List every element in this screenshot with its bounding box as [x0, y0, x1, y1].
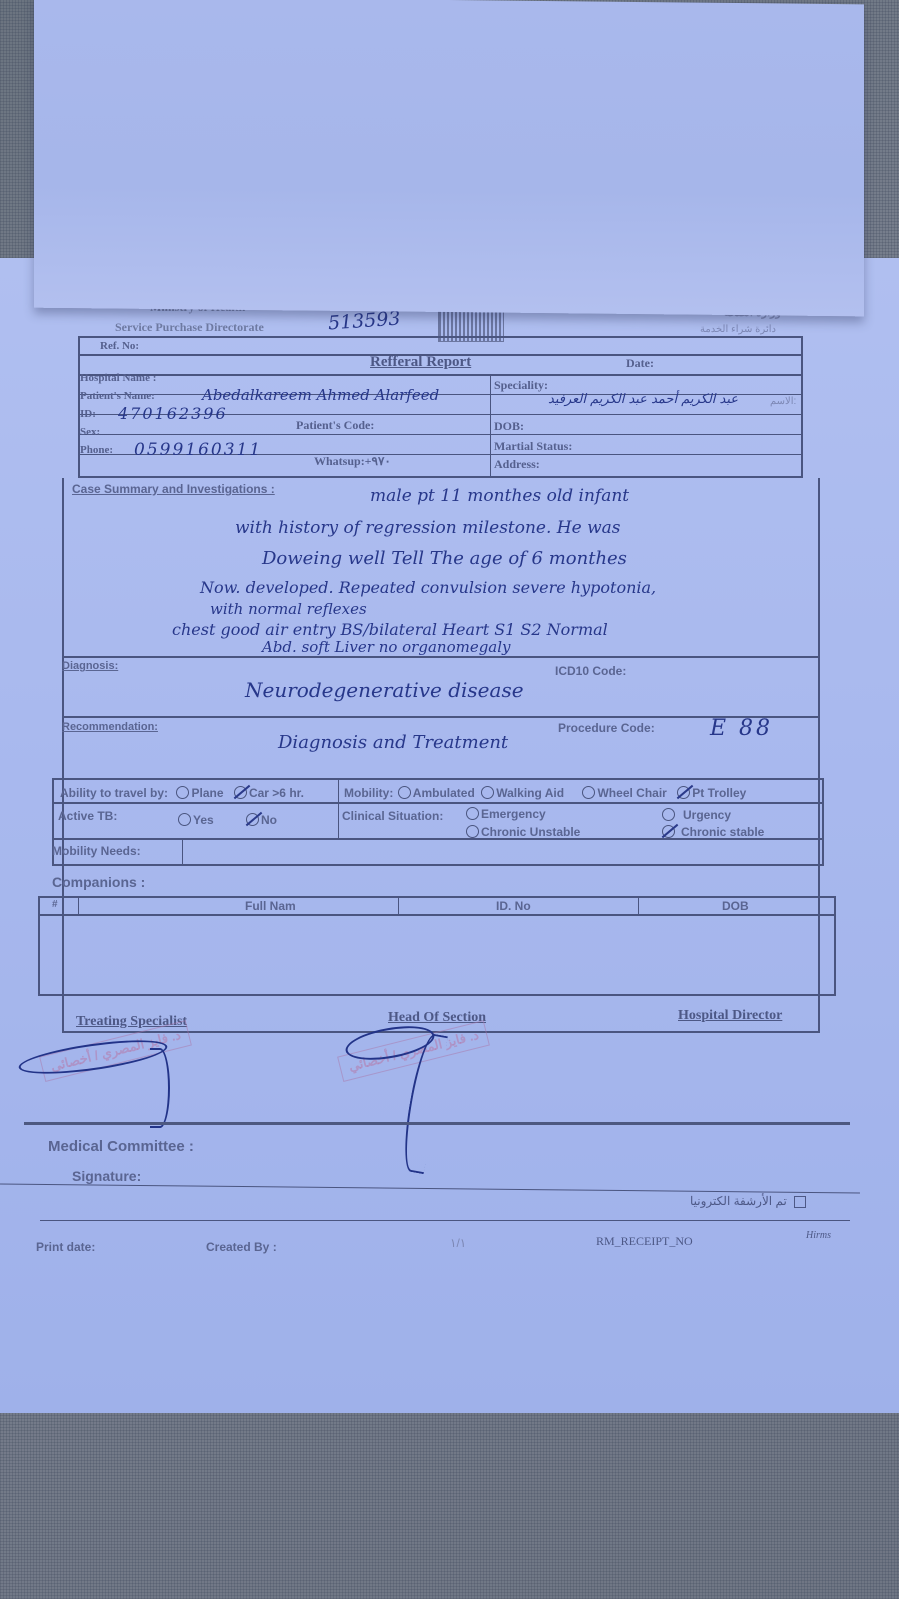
- marital-status-label: Martial Status:: [494, 439, 572, 454]
- companions-col-dob: DOB: [722, 899, 749, 913]
- procedure-code-value: E 88: [710, 716, 773, 741]
- case-summary-line-5: with normal reflexes: [210, 600, 367, 618]
- tb-no-radio[interactable]: [246, 813, 259, 826]
- case-summary-line-1: male pt 11 monthes old infant: [370, 486, 629, 506]
- case-summary-line-7: Abd. soft Liver no organomegaly: [262, 638, 511, 656]
- icd10-code-label: ICD10 Code:: [555, 664, 626, 678]
- travel-option-car[interactable]: Car >6 hr.: [234, 784, 304, 801]
- clinical-option-urgency[interactable]: Urgency: [662, 806, 731, 824]
- diagnosis-label: Diagnosis:: [62, 660, 118, 672]
- phone-label: Phone:: [80, 444, 113, 456]
- active-tb-label: Active TB:: [58, 809, 117, 823]
- dob-label: DOB:: [494, 419, 524, 434]
- clinical-option-chronic-unstable[interactable]: Chronic Unstable: [466, 823, 580, 841]
- sex-label: Sex:: [80, 426, 100, 438]
- handwritten-file-number: 513593: [327, 307, 401, 334]
- arabic-name-label: الاسم:: [770, 396, 796, 407]
- folded-top-page: [34, 0, 864, 316]
- ref-no-label: Ref. No:: [100, 340, 139, 352]
- mobility-needs-field[interactable]: [186, 840, 818, 862]
- companions-table: [38, 896, 836, 996]
- travel-option-plane[interactable]: Plane: [176, 784, 223, 801]
- patient-name-arabic-value: عبد الكريم أحمد عبد الكريم العرفيد: [548, 392, 738, 407]
- pt-trolley-radio[interactable]: [677, 786, 690, 799]
- travel-group: Ability to travel by: Plane Car >6 hr.: [60, 784, 304, 802]
- address-label: Address:: [494, 457, 540, 472]
- case-summary-line-2: with history of regression milestone. He…: [235, 518, 621, 538]
- id-value: 470162396: [118, 404, 228, 423]
- mobility-group: Mobility: Ambulated Walking Aid Wheel Ch…: [344, 784, 746, 802]
- report-title: Refferal Report: [370, 354, 471, 371]
- ambulated-radio[interactable]: [398, 786, 411, 799]
- patient-code-label: Patient's Code:: [296, 418, 374, 433]
- companions-col-full-name: Full Nam: [245, 899, 296, 913]
- diagnosis-value: Neurodegenerative disease: [245, 678, 524, 702]
- header-directorate: Service Purchase Directorate: [115, 320, 264, 335]
- patient-name-value: Abedalkareem Ahmed Alarfeed: [202, 386, 439, 404]
- mobility-option-ambulated[interactable]: Ambulated: [398, 784, 475, 801]
- hospital-name-label: Hospital Name :: [80, 372, 156, 384]
- speciality-label: Speciality:: [494, 378, 548, 393]
- archive-checkbox-icon[interactable]: [794, 1196, 806, 1208]
- case-summary-label: Case Summary and Investigations :: [72, 482, 275, 496]
- mobility-label: Mobility:: [344, 786, 393, 800]
- active-tb-option-yes[interactable]: Yes: [178, 811, 214, 829]
- header-arabic-directorate: دائرة شراء الخدمة: [700, 324, 776, 335]
- plane-radio[interactable]: [176, 786, 189, 799]
- mobility-option-wheel-chair[interactable]: Wheel Chair: [582, 784, 666, 801]
- active-tb-option-no[interactable]: No: [246, 811, 277, 829]
- car-radio[interactable]: [234, 786, 247, 799]
- receipt-number-label: RM_RECEIPT_NO: [596, 1234, 693, 1249]
- hospital-director-label: Hospital Director: [678, 1008, 782, 1024]
- recommendation-label: Recommendation:: [62, 721, 158, 733]
- referral-report-page: State of Palestine Ministry of Health Se…: [0, 258, 899, 1413]
- mobility-option-pt-trolley[interactable]: Pt Trolley: [677, 784, 746, 801]
- electronic-archive-checkbox[interactable]: تم الأرشفة الكترونيا: [690, 1194, 806, 1208]
- case-summary-line-3: Doweing well Tell The age of 6 monthes: [262, 548, 627, 569]
- mobility-needs-label: Mobility Needs:: [52, 844, 141, 858]
- clinical-option-chronic-stable[interactable]: Chronic stable: [662, 823, 764, 841]
- id-label: ID:: [80, 408, 96, 420]
- mobility-option-walking-aid[interactable]: Walking Aid: [481, 784, 564, 801]
- patient-name-label: Patient's Name:: [80, 390, 155, 402]
- case-summary-line-6: chest good air entry BS/bilateral Heart …: [172, 620, 608, 639]
- date-label: Date:: [626, 356, 654, 371]
- companions-label: Companions :: [52, 874, 145, 890]
- treating-signature: [17, 1034, 169, 1081]
- created-by-label: Created By :: [206, 1240, 277, 1254]
- chronic-stable-radio[interactable]: [662, 825, 675, 838]
- case-summary-line-4: Now. developed. Repeated convulsion seve…: [200, 578, 656, 597]
- committee-signature-label: Signature:: [72, 1168, 141, 1184]
- recommendation-value: Diagnosis and Treatment: [278, 732, 508, 753]
- clinical-situation-label: Clinical Situation:: [342, 809, 443, 823]
- emergency-radio[interactable]: [466, 807, 479, 820]
- companions-col-id: ID. No: [496, 899, 531, 913]
- chronic-unstable-radio[interactable]: [466, 825, 479, 838]
- hirms-logo: Hirms: [806, 1230, 831, 1241]
- print-date-label: Print date:: [36, 1240, 95, 1254]
- tb-yes-radio[interactable]: [178, 813, 191, 826]
- clinical-option-emergency[interactable]: Emergency: [466, 805, 546, 823]
- procedure-code-label: Procedure Code:: [558, 721, 655, 735]
- page-number: ١/١: [450, 1236, 466, 1250]
- walking-aid-radio[interactable]: [481, 786, 494, 799]
- whatsapp-label: Whatsup:+٩٧٠: [314, 454, 391, 469]
- wheel-chair-radio[interactable]: [582, 786, 595, 799]
- travel-label: Ability to travel by:: [60, 786, 168, 800]
- urgency-radio[interactable]: [662, 808, 675, 821]
- phone-value: 0599160311: [134, 440, 262, 460]
- companions-col-number: #: [52, 899, 58, 910]
- medical-committee-label: Medical Committee :: [48, 1138, 194, 1155]
